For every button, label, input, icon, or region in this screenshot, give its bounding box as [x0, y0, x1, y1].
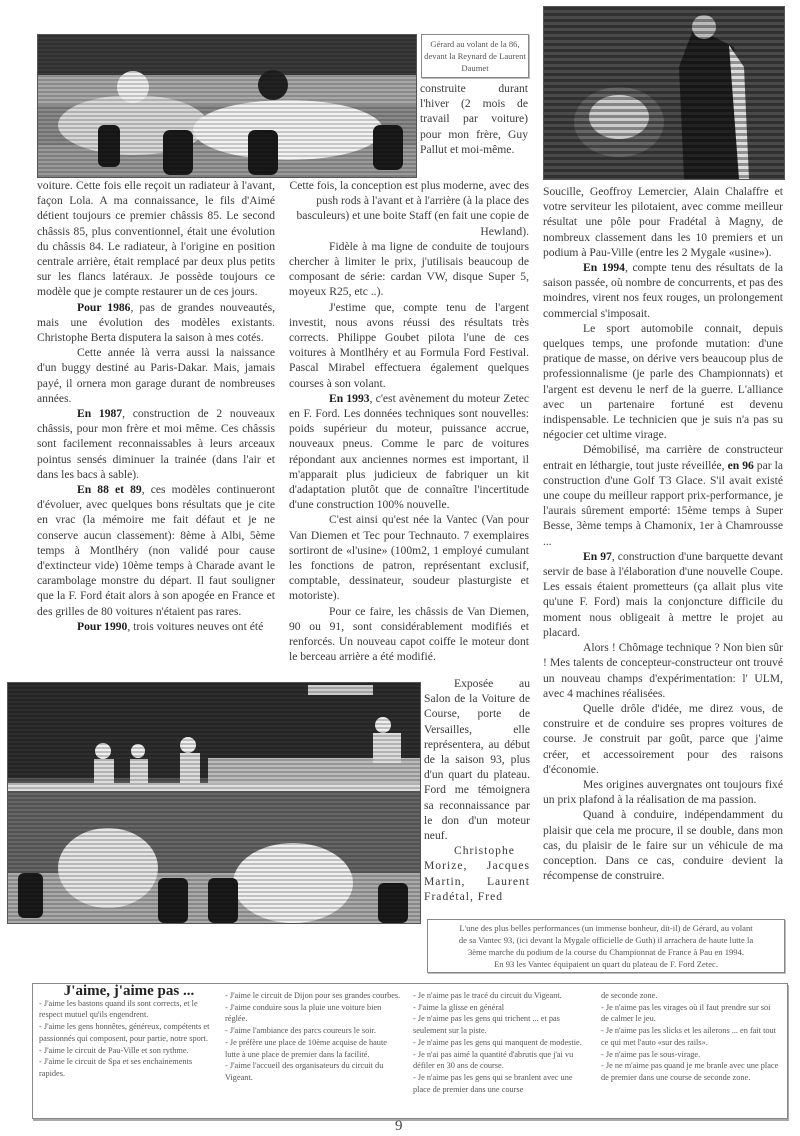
article-narrow-column: construite durant l'hiver (2 mois de tra…: [420, 81, 528, 157]
likes-column-4: de seconde zone. - Je n'aime pas les vir…: [601, 990, 779, 1084]
photo-vantec-race: [7, 682, 421, 924]
year-heading: En 1993: [329, 392, 370, 405]
paragraph: Fidèle à ma ligne de conduite de toujour…: [289, 239, 529, 300]
list-item: - J'aime le circuit de Pau-Ville et son …: [39, 1045, 219, 1057]
list-item: - Je n'aime pas les gens qui se branlent…: [413, 1072, 591, 1095]
paragraph: En 1993, c'est avènement du moteur Zetec…: [289, 391, 529, 513]
likes-dislikes-box: J'aime, j'aime pas ... - J'aime les bast…: [32, 983, 788, 1119]
paragraph: Pour 1990, trois voitures neuves ont été: [37, 619, 275, 634]
paragraph: construite durant l'hiver (2 mois de tra…: [420, 81, 528, 157]
caption-line: 3ème marche du podium de la course du Ch…: [428, 946, 784, 958]
likes-column-2: - J'aime le circuit de Dijon pour ses gr…: [225, 990, 403, 1084]
paragraph: J'estime que, compte tenu de l'argent in…: [289, 300, 529, 391]
likes-column-1: J'aime, j'aime pas ... - J'aime les bast…: [39, 986, 219, 1080]
list-item: - J'aime les gens honnêtes, généreux, co…: [39, 1021, 219, 1044]
list-item: - J'aime la glisse en général: [413, 1002, 591, 1014]
caption-line: En 93 les Vantec équipaient un quart du …: [428, 958, 784, 970]
paragraph: Alors ! Chômage technique ? Non bien sûr…: [543, 640, 783, 701]
paragraph: Pour 1986, pas de grandes nouveautés, ma…: [37, 300, 275, 346]
paragraph: Pour ce faire, les châssis de Van Diemen…: [289, 604, 529, 665]
list-item: - J'aime le circuit de Spa et ses enchai…: [39, 1056, 219, 1079]
list-item: - Je n'aime pas les slicks et les ailero…: [601, 1025, 779, 1048]
year-heading: En 1994: [583, 261, 625, 274]
list-item: - J'aime le circuit de Dijon pour ses gr…: [225, 990, 403, 1002]
year-heading: En 1987: [77, 407, 122, 420]
list-item: - Je n'aime pas les virages où il faut p…: [601, 1002, 779, 1025]
photo-workshop-man: [543, 6, 785, 180]
vantec-photo-illustration: [8, 683, 420, 923]
caption-line: L'une des plus belles performances (un i…: [428, 922, 784, 934]
race-photo-illustration: [38, 35, 416, 177]
paragraph: Exposée au Salon de la Voiture de Course…: [424, 676, 530, 843]
paragraph: En 1987, construction de 2 nouveaux châs…: [37, 406, 275, 482]
list-item: - Je n'aime pas les gens qui trichent ..…: [413, 1013, 591, 1036]
paragraph: En 1994, compte tenu des résultats de la…: [543, 260, 783, 321]
list-item: - Je n'aime pas les gens qui manquent de…: [413, 1037, 591, 1049]
article-column-2: Cette fois, la conception est plus moder…: [289, 178, 529, 665]
list-item: - Je n'ai pas aimé la quantité d'abrutis…: [413, 1049, 591, 1072]
list-item: - J'aime conduire sous la pluie une voit…: [225, 1002, 403, 1025]
list-item: - Je n'aime pas le sous-virage.: [601, 1049, 779, 1061]
paragraph: Cette fois, la conception est plus moder…: [289, 178, 529, 239]
paragraph: Cette année là verra aussi la naissance …: [37, 345, 275, 406]
likes-column-3: - Je n'aime pas le tracé du circuit du V…: [413, 990, 591, 1095]
list-item: - J'aime l'accueil des organisateurs du …: [225, 1060, 403, 1083]
box-title: J'aime, j'aime pas ...: [39, 986, 219, 998]
paragraph: Mes origines auvergnates ont toujours fi…: [543, 777, 783, 807]
paragraph: Soucille, Geoffroy Lemercier, Alain Chal…: [543, 184, 783, 260]
paragraph: En 97, construction d'une barquette deva…: [543, 549, 783, 640]
photo-race-cars-top: [37, 34, 417, 178]
list-item: - J'aime les bastons quand ils sont corr…: [39, 998, 219, 1021]
workshop-photo-illustration: [544, 7, 784, 179]
year-heading: en 96: [728, 459, 754, 472]
year-heading: Pour 1986: [77, 301, 130, 314]
article-column-3: Soucille, Geoffroy Lemercier, Alain Chal…: [543, 184, 783, 883]
paragraph: Quelle drôle d'idée, me direz vous, de c…: [543, 701, 783, 777]
list-item: de seconde zone.: [601, 990, 779, 1002]
year-heading: En 97: [583, 550, 612, 563]
caption-line: de sa Vantec 93, (ici devant la Mygale o…: [428, 934, 784, 946]
photo-caption-middle: L'une des plus belles performances (un i…: [427, 919, 785, 973]
article-column-1: voiture. Cette fois elle reçoit un radia…: [37, 178, 275, 634]
paragraph: Démobilisé, ma carrière de constructeur …: [543, 442, 783, 548]
paragraph: Quand à conduire, indépendamment du plai…: [543, 807, 783, 883]
list-item: - Je n'aime pas le tracé du circuit du V…: [413, 990, 591, 1002]
list-item: - Je ne m'aime pas quand je me branle av…: [601, 1060, 779, 1083]
paragraph: C'est ainsi qu'est née la Vantec (Van po…: [289, 512, 529, 603]
paragraph: Le sport automobile connait, depuis quel…: [543, 321, 783, 443]
paragraph: En 88 et 89, ces modèles continueront d'…: [37, 482, 275, 619]
photo-caption-top: Gérard au volant de la 86, devant la Rey…: [421, 34, 529, 78]
list-item: - Je préfère une place de 10ème acquise …: [225, 1037, 403, 1060]
page-number: 9: [395, 1118, 403, 1135]
year-heading: En 88 et 89: [77, 483, 142, 496]
year-heading: Pour 1990: [77, 620, 127, 633]
paragraph: voiture. Cette fois elle reçoit un radia…: [37, 178, 275, 300]
paragraph: Christophe Morize, Jacques Martin, Laure…: [424, 843, 530, 904]
list-item: - J'aime l'ambiance des parcs coureurs l…: [225, 1025, 403, 1037]
article-column-2-narrow: Exposée au Salon de la Voiture de Course…: [424, 676, 530, 904]
